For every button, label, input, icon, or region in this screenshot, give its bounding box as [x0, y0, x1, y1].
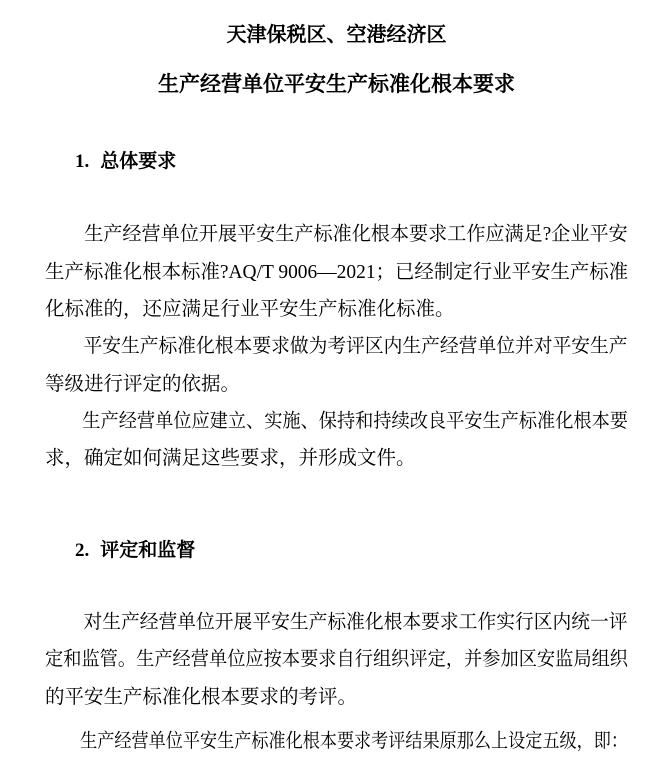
paragraph-line: 对生产经营单位开展平安生产标准化根本要求工作实行区内统一评 — [45, 604, 606, 641]
document-subtitle: 生产经营单位平安生产标准化根本要求 — [45, 65, 628, 103]
section-title: 评定和监督 — [100, 540, 195, 561]
paragraph-line: 化标准的，还应满足行业平安生产标准化标准。 — [45, 291, 628, 328]
section-heading-1: 1.总体要求 — [45, 143, 628, 180]
section-number: 2. — [75, 540, 89, 561]
document-page: 天津保税区、空港经济区 生产经营单位平安生产标准化根本要求 1.总体要求生产经营… — [0, 0, 660, 771]
document-body: 1.总体要求生产经营单位开展平安生产标准化根本要求工作应满足?企业平安生产标准化… — [45, 143, 628, 760]
paragraph: 生产经营单位应建立、实施、保持和持续改良平安生产标准化根本要求，确定如何满足这些… — [45, 403, 628, 478]
paragraph-line: 平安生产标准化根本要求做为考评区内生产经营单位并对平安生产 — [45, 328, 606, 365]
paragraph-line: 的平安生产标准化根本要求的考评。 — [45, 679, 628, 716]
paragraph: 平安生产标准化根本要求做为考评区内生产经营单位并对平安生产等级进行评定的依据。 — [45, 328, 628, 403]
paragraph-line: 等级进行评定的依据。 — [45, 366, 628, 403]
paragraph-line: 求，确定如何满足这些要求，并形成文件。 — [45, 440, 628, 477]
paragraph: 生产经营单位平安生产标准化根本要求考评结果原那么上设定五级，即： — [45, 723, 628, 760]
paragraph-line: 生产经营单位平安生产标准化根本要求考评结果原那么上设定五级，即： — [45, 723, 557, 760]
paragraph-line: 定和监管。生产经营单位应按本要求自行组织评定，并参加区安监局组织 — [45, 641, 590, 678]
paragraph-line: 生产经营单位开展平安生产标准化根本要求工作应满足?企业平安 — [45, 216, 616, 253]
paragraph: 生产经营单位开展平安生产标准化根本要求工作应满足?企业平安生产标准化根本标准?A… — [45, 216, 628, 328]
paragraph-line: 生产经营单位应建立、实施、保持和持续改良平安生产标准化根本要 — [45, 403, 589, 440]
paragraph-line: 生产标准化根本标准?AQ/T 9006—2021；已经制定行业平安生产标准 — [45, 254, 626, 291]
section-title: 总体要求 — [100, 151, 176, 172]
paragraph: 对生产经营单位开展平安生产标准化根本要求工作实行区内统一评定和监管。生产经营单位… — [45, 604, 628, 716]
section-heading-2: 2.评定和监督 — [45, 532, 628, 569]
section-number: 1. — [75, 151, 89, 172]
document-title: 天津保税区、空港经济区 — [45, 16, 628, 54]
document-content: 天津保税区、空港经济区 生产经营单位平安生产标准化根本要求 1.总体要求生产经营… — [45, 16, 628, 760]
